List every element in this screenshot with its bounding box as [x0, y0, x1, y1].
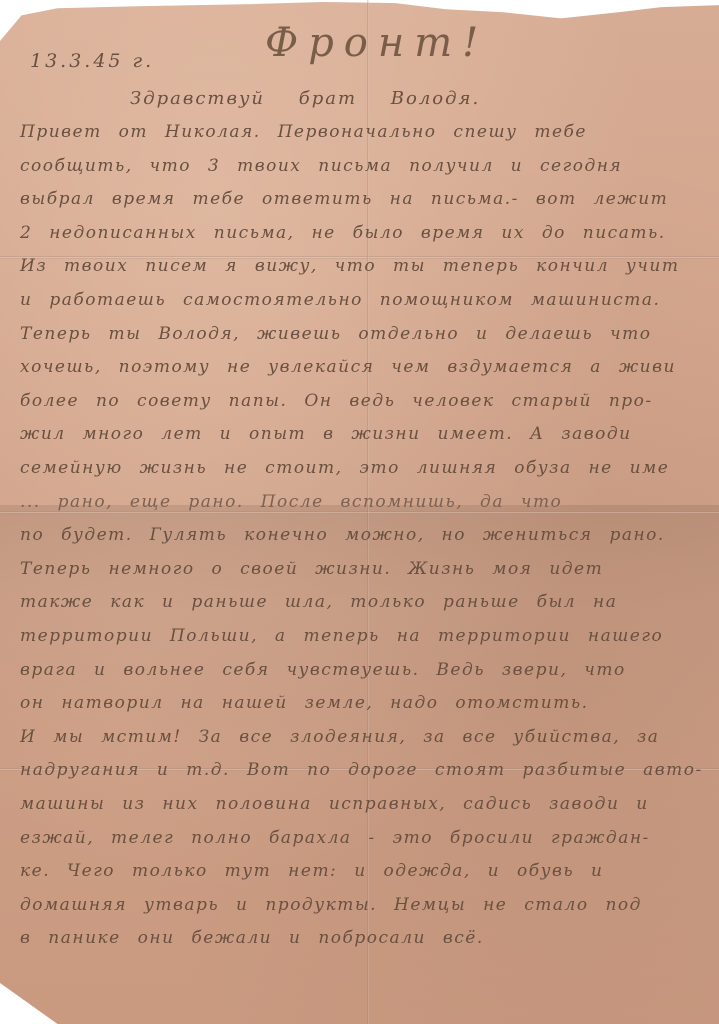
letter-line: семейную жизнь не стоит, это лишняя обуз… [20, 458, 669, 478]
letter-greeting: Здравствуй брат Володя. [130, 88, 480, 109]
letter-line: врага и вольнее себя чувствуешь. Ведь зв… [20, 660, 626, 680]
letter-line: территории Польши, а теперь на территори… [20, 626, 663, 646]
letter-line: ке. Чего только тут нет: и одежда, и обу… [20, 861, 603, 881]
letter-heading: Фронт! [265, 20, 488, 66]
letter-line: жил много лет и опыт в жизни имеет. А за… [20, 424, 632, 444]
letter-line: он натворил на нашей земле, надо отомсти… [20, 693, 588, 713]
letter-line: машины из них половина исправных, садись… [20, 794, 649, 814]
letter-line: хочешь, поэтому не увлекайся чем вздумае… [20, 357, 676, 377]
letter-line: Теперь ты Володя, живешь отдельно и дела… [20, 324, 651, 344]
letter-line: по будет. Гулять конечно можно, но женит… [20, 525, 665, 545]
letter-line: И мы мстим! За все злодеяния, за все уби… [20, 727, 659, 747]
letter-line: надругания и т.д. Вот по дороге стоят ра… [20, 760, 703, 780]
letter-line: сообщить, что 3 твоих письма получил и с… [20, 156, 622, 176]
letter-line: Теперь немного о своей жизни. Жизнь моя … [20, 559, 603, 579]
letter-line: езжай, телег полно барахла - это бросили… [20, 828, 650, 848]
letter-line: также как и раньше шла, только раньше бы… [20, 592, 617, 612]
letter-line: Из твоих писем я вижу, что ты теперь кон… [20, 256, 679, 276]
letter-line: и работаешь самостоятельно помощником ма… [20, 290, 660, 310]
letter-line: Привет от Николая. Первоначально спешу т… [20, 122, 587, 142]
letter-date: 13.3.45 г. [30, 50, 154, 72]
letter-line: 2 недописанных письма, не было время их … [20, 223, 666, 243]
letter-line: в панике они бежали и побросали всё. [20, 928, 484, 948]
letter-line: выбрал время тебе ответить на письма.- в… [20, 189, 668, 209]
letter-line: домашняя утварь и продукты. Немцы не ста… [20, 895, 642, 915]
letter-line: ... рано, еще рано. После вспомнишь, да … [20, 492, 562, 512]
letter-line: более по совету папы. Он ведь человек ст… [20, 391, 653, 411]
